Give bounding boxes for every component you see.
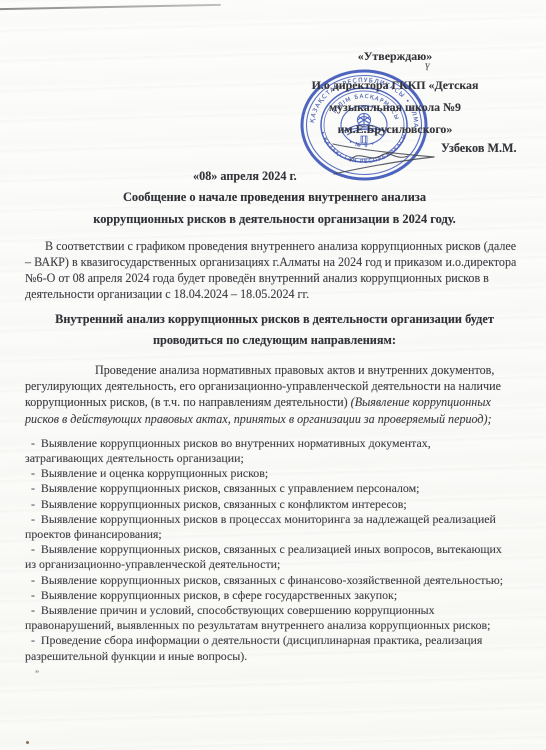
section-heading: Внутренний анализ коррупционных рисков в… (25, 309, 524, 351)
bullet-dash: - (31, 542, 41, 556)
bullet-dash: - (31, 588, 41, 602)
analysis-paragraph: Проведение анализа нормативных правовых … (25, 362, 524, 427)
section-heading-line-1: Внутренний анализ коррупционных рисков в… (25, 309, 524, 330)
list-item-text: Выявление причин и условий, способствующ… (25, 603, 490, 632)
approval-line-org: И.о директора ГККП «Детская (290, 74, 500, 96)
document-date: «08» апреля 2024 г. (193, 169, 297, 184)
list-item-text: Выявление коррупционных рисков, в сфере … (41, 588, 397, 602)
bullet-dash: - (31, 466, 41, 480)
scan-artifact-dot (26, 741, 29, 744)
list-item: - Выявление коррупционных рисков, связан… (25, 481, 507, 496)
list-item-text: Выявление коррупционных рисков, связанны… (25, 542, 502, 571)
intro-paragraph: В соответствии с графиком проведения вну… (25, 238, 524, 302)
list-item: - Выявление коррупционных рисков, связан… (25, 542, 507, 572)
approval-block: «Утверждаю» И.о директора ГККП «Детская … (290, 45, 500, 140)
list-item-text: Выявление и оценка коррупционных рисков; (41, 466, 268, 480)
list-item-text: Выявление коррупционных рисков во внутре… (25, 436, 431, 465)
list-item-text: Выявление коррупционных рисков, связанны… (41, 481, 420, 495)
list-item: - Выявление коррупционных рисков в проце… (25, 512, 507, 542)
signature (330, 134, 456, 182)
bullet-dash: - (31, 497, 41, 511)
list-item-text: Выявление коррупционных рисков в процесс… (25, 512, 496, 541)
bullet-dash: - (31, 481, 41, 495)
list-item: - Выявление и оценка коррупционных риско… (25, 466, 507, 481)
document-title: Сообщение о начале проведения внутреннег… (25, 186, 524, 230)
scan-artifact-line (0, 4, 221, 10)
bullet-dash: - (31, 603, 41, 617)
list-item: - Проведение сбора информации о деятельн… (25, 633, 507, 663)
bullet-dash: - (31, 573, 41, 587)
title-line-1: Сообщение о начале проведения внутреннег… (25, 186, 524, 208)
list-item: - Выявление коррупционных рисков, в сфер… (25, 588, 507, 603)
scan-artifact-mark: ” (35, 669, 39, 679)
list-item-text: Выявление коррупционных рисков, связанны… (41, 497, 407, 511)
bullet-dash: - (31, 512, 41, 526)
section-heading-line-2: проводиться по следующим направлениям: (25, 330, 524, 351)
bullet-dash: - (31, 633, 41, 647)
list-item: - Выявление коррупционных рисков во внут… (25, 436, 507, 466)
list-item: - Выявление коррупционных рисков, связан… (25, 573, 507, 588)
scanned-document-page: «Утверждаю» И.о директора ГККП «Детская … (0, 0, 546, 750)
title-line-2: коррупционных рисков в деятельности орга… (25, 208, 524, 230)
document-body: Сообщение о начале проведения внутреннег… (25, 186, 524, 664)
list-item-text: Выявление коррупционных рисков, связанны… (41, 573, 503, 587)
list-item-text: Проведение сбора информации о деятельнос… (25, 633, 482, 662)
directions-list: - Выявление коррупционных рисков во внут… (25, 436, 507, 664)
list-item: - Выявление коррупционных рисков, связан… (25, 497, 507, 512)
bullet-dash: - (31, 436, 41, 450)
approval-line-school: музыкальная школа №9 (290, 96, 500, 118)
approval-label: «Утверждаю» (290, 45, 500, 67)
list-item: - Выявление причин и условий, способству… (25, 603, 507, 633)
